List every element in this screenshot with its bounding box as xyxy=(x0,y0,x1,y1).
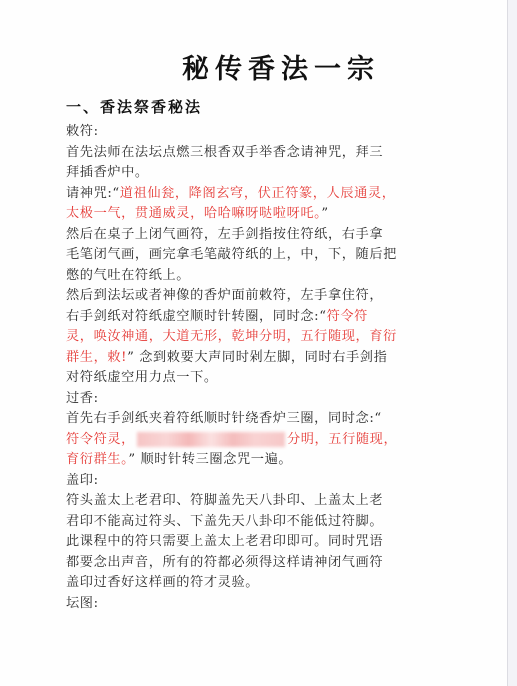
text-line: 群生，敕!” 念到敕要大声同时剁左脚，同时右手剑指 xyxy=(66,348,446,369)
vertical-scrollbar[interactable] xyxy=(507,0,517,686)
text-line: 对符纸虚空用力点一下。 xyxy=(66,368,446,389)
body-text-segment: ” 念到敕要大声同时剁左脚，同时右手剑指 xyxy=(127,350,387,365)
body-text-segment: 右手剑纸对符纸虚空顺时针转圈，同时念:“ xyxy=(66,309,327,324)
body-text-segment: ” xyxy=(321,206,328,221)
body-text-segment: 首先右手剑纸夹着符纸顺时针绕香炉三圈，同时念:“ xyxy=(66,411,382,426)
body-text-segment: 首先法师在法坛点燃三根香双手举香念请神咒，拜三 xyxy=(66,145,383,160)
incantation-text: 育衍群生。 xyxy=(66,452,128,467)
body-text-segment: 然后在桌子上闭气画符，左手剑指按住符纸，右手拿 xyxy=(66,227,383,242)
text-line: 此课程中的符只需要上盖太上老君印即可。同时咒语 xyxy=(66,532,446,553)
body-text-segment: 对符纸虚空用力点一下。 xyxy=(66,370,218,385)
section-heading: 一、香法祭香秘法 xyxy=(66,96,202,117)
text-line: 首先右手剑纸夹着符纸顺时针绕香炉三圈，同时念:“ xyxy=(66,409,446,430)
incantation-text: 群生，敕! xyxy=(66,350,127,365)
body-text-segment: 盖印: xyxy=(66,473,99,488)
text-line: 都要念出声音，所有的符都必须得这样请神闭气画符 xyxy=(66,553,446,574)
body-text-segment: 然后到法坛或者神像的香炉面前敕符，左手拿住符， xyxy=(66,288,383,303)
body-text-segment: 君印不能高过符头、下盖先天八卦印不能低过符脚。 xyxy=(66,514,383,529)
body-text-segment: 请神咒:“ xyxy=(66,186,120,201)
text-line: 敕符: xyxy=(66,122,446,143)
text-line: 拜插香炉中。 xyxy=(66,163,446,184)
text-line: 坛图: xyxy=(66,594,446,615)
body-text-segment: 憋的气吐在符纸上。 xyxy=(66,268,190,283)
text-line: 首先法师在法坛点燃三根香双手举香念请神咒，拜三 xyxy=(66,143,446,164)
body-text-segment: 拜插香炉中。 xyxy=(66,165,149,180)
text-line: 然后在桌子上闭气画符，左手剑指按住符纸，右手拿 xyxy=(66,225,446,246)
body-text-segment: 坛图: xyxy=(66,596,99,611)
text-line: 盖印过香好这样画的符才灵验。 xyxy=(66,573,446,594)
incantation-text: 符令符 xyxy=(327,309,368,324)
body-text-segment: 过香: xyxy=(66,391,99,406)
incantation-text: 灵，唤汝神通，大道无形，乾坤分明，五行随现，育衍 xyxy=(66,329,397,344)
document-viewer: 秘传香法一宗 一、香法祭香秘法 敕符:首先法师在法坛点燃三根香双手举香念请神咒，… xyxy=(0,0,517,686)
text-line: 灵，唤汝神通，大道无形，乾坤分明，五行随现，育衍 xyxy=(66,327,446,348)
text-line: 符头盖太上老君印、符脚盖先天八卦印、上盖太上老 xyxy=(66,491,446,512)
document-page: 秘传香法一宗 一、香法祭香秘法 敕符:首先法师在法坛点燃三根香双手举香念请神咒，… xyxy=(0,0,507,686)
body-text-segment: ” 顺时针转三圈念咒一遍。 xyxy=(128,452,292,467)
text-line: 太极一气，贯通威灵，哈哈嘛呀哒啦呀吒。” xyxy=(66,204,446,225)
body-text-segment: 都要念出声音，所有的符都必须得这样请神闭气画符 xyxy=(66,555,383,570)
text-line: 君印不能高过符头、下盖先天八卦印不能低过符脚。 xyxy=(66,512,446,533)
incantation-text: 道祖仙瓮，降阁玄穹，伏正符篆，人辰通灵， xyxy=(120,186,396,201)
incantation-text: 分明，五行随现， xyxy=(287,432,397,447)
body-text-segment: 毛笔闭气画，画完拿毛笔敲符纸的上，中，下，随后把 xyxy=(66,247,397,262)
body-text-segment: 符头盖太上老君印、符脚盖先天八卦印、上盖太上老 xyxy=(66,493,383,508)
body-text-segment: 此课程中的符只需要上盖太上老君印即可。同时咒语 xyxy=(66,534,383,549)
body-text-segment: 盖印过香好这样画的符才灵验。 xyxy=(66,575,259,590)
text-line: 过香: xyxy=(66,389,446,410)
text-line: 然后到法坛或者神像的香炉面前敕符，左手拿住符， xyxy=(66,286,446,307)
text-line: 育衍群生。” 顺时针转三圈念咒一遍。 xyxy=(66,450,446,471)
body-text: 敕符:首先法师在法坛点燃三根香双手举香念请神咒，拜三拜插香炉中。请神咒:“道祖仙… xyxy=(66,122,446,614)
redacted-text xyxy=(137,432,285,447)
text-line: 右手剑纸对符纸虚空顺时针转圈，同时念:“符令符 xyxy=(66,307,446,328)
incantation-text: 符令符灵， xyxy=(66,432,135,447)
document-title: 秘传香法一宗 xyxy=(156,47,406,86)
text-line: 毛笔闭气画，画完拿毛笔敲符纸的上，中，下，随后把 xyxy=(66,245,446,266)
text-line: 憋的气吐在符纸上。 xyxy=(66,266,446,287)
text-line: 盖印: xyxy=(66,471,446,492)
incantation-text: 太极一气，贯通威灵，哈哈嘛呀哒啦呀吒。 xyxy=(66,206,321,221)
text-line: 符令符灵，分明，五行随现， xyxy=(66,430,446,451)
text-line: 请神咒:“道祖仙瓮，降阁玄穹，伏正符篆，人辰通灵， xyxy=(66,184,446,205)
body-text-segment: 敕符: xyxy=(66,124,99,139)
